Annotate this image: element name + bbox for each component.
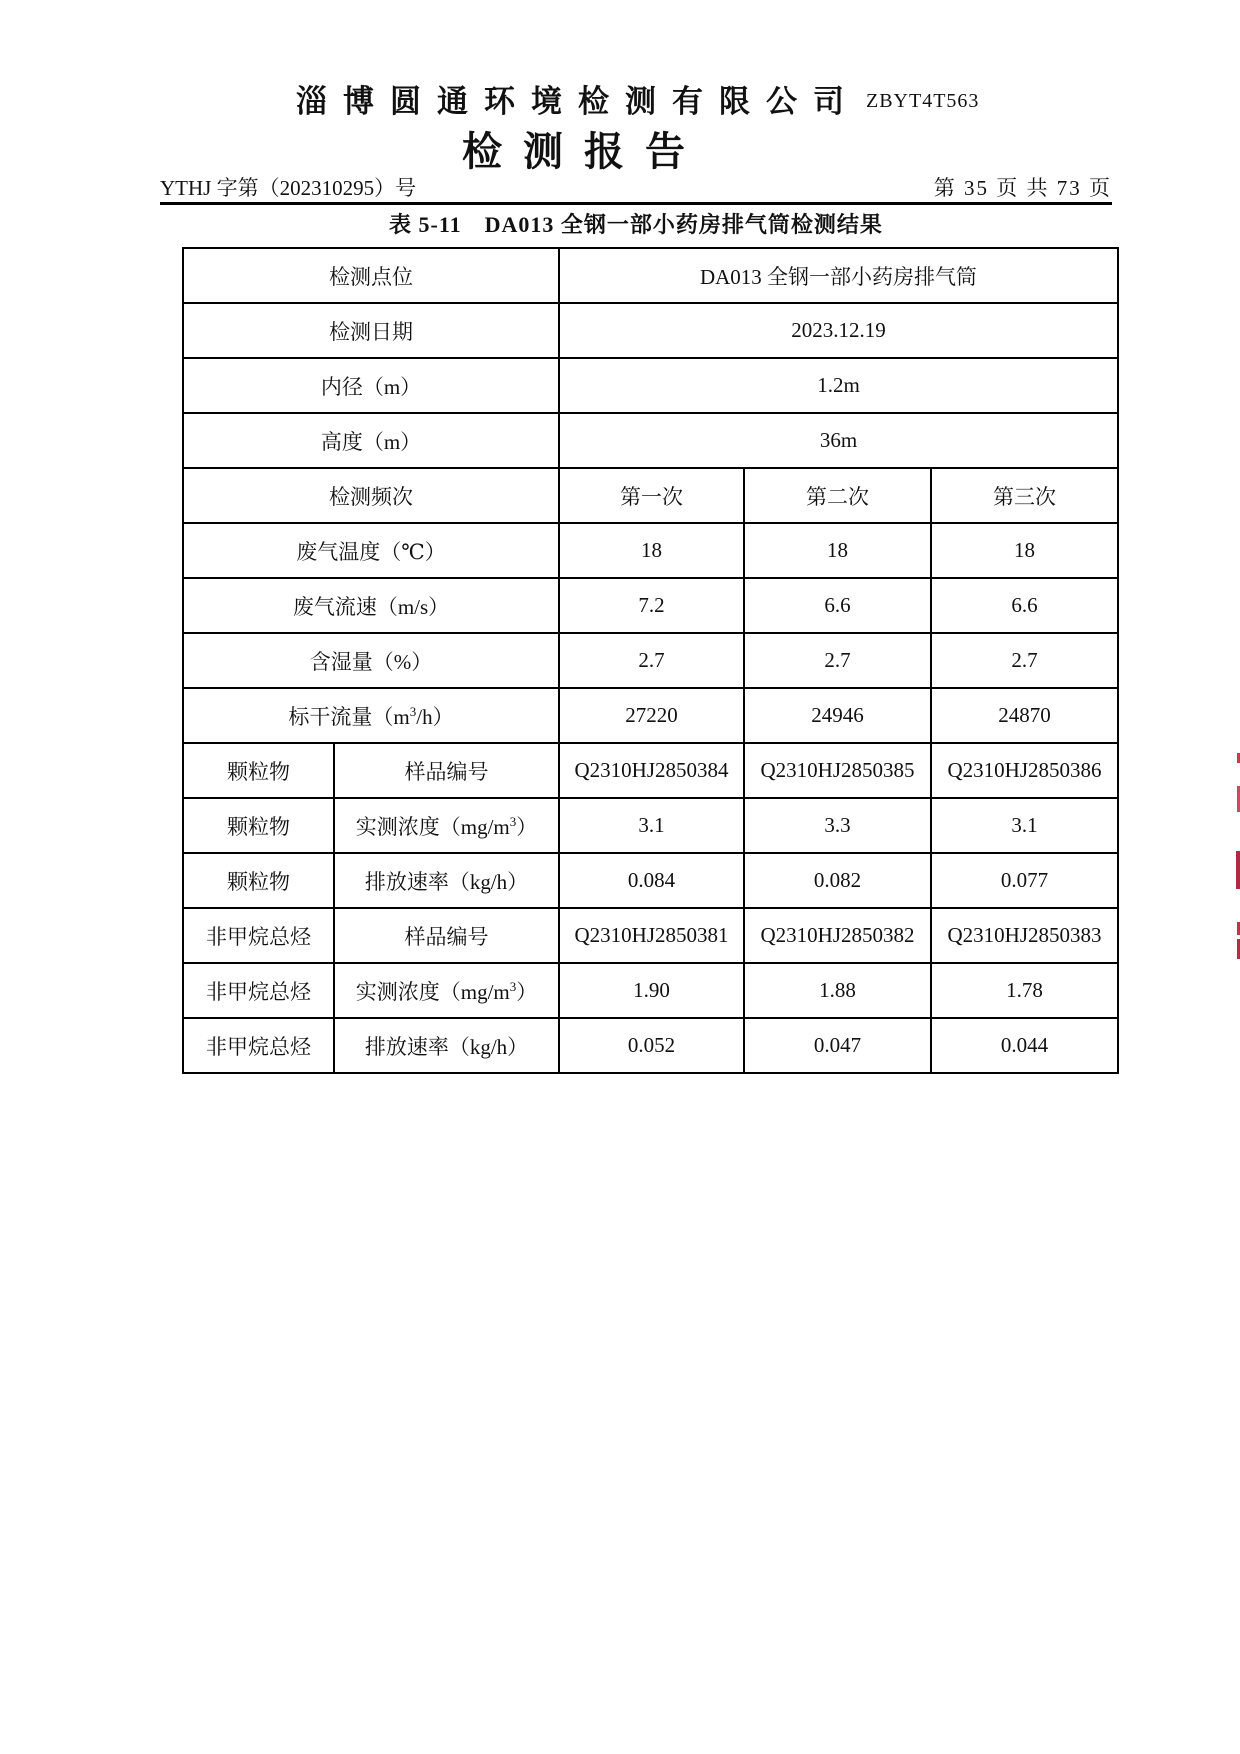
header-divider — [160, 202, 1112, 205]
table-row-nmhc-sample: 非甲烷总烃 样品编号 Q2310HJ2850381 Q2310HJ2850382… — [183, 908, 1118, 963]
table-row-height: 高度（m） 36m — [183, 413, 1118, 468]
cell-param: 样品编号 — [334, 908, 559, 963]
cell-value: Q2310HJ2850381 — [559, 908, 744, 963]
cell-value: 6.6 — [744, 578, 931, 633]
cell-pollutant: 颗粒物 — [183, 743, 334, 798]
cell-value: 27220 — [559, 688, 744, 743]
cell-pollutant: 颗粒物 — [183, 798, 334, 853]
cell-value: 2.7 — [559, 633, 744, 688]
cell-value: 18 — [744, 523, 931, 578]
seal-edge-mark — [1236, 851, 1240, 889]
table-row-pm-concentration: 颗粒物 实测浓度（mg/m3） 3.1 3.3 3.1 — [183, 798, 1118, 853]
cell-label: 内径（m） — [183, 358, 559, 413]
cell-value: 0.052 — [559, 1018, 744, 1073]
table-row-velocity: 废气流速（m/s） 7.2 6.6 6.6 — [183, 578, 1118, 633]
cell-value: 3.1 — [931, 798, 1118, 853]
cell-label: 高度（m） — [183, 413, 559, 468]
cell-value: 1.2m — [559, 358, 1118, 413]
cell-pollutant: 非甲烷总烃 — [183, 908, 334, 963]
cell-value: 0.077 — [931, 853, 1118, 908]
report-title: 检测报告 — [462, 120, 706, 177]
cell-label: 检测日期 — [183, 303, 559, 358]
cell-value: 2.7 — [931, 633, 1118, 688]
cell-value: DA013 全钢一部小药房排气筒 — [559, 248, 1118, 303]
table-row-diameter: 内径（m） 1.2m — [183, 358, 1118, 413]
cell-value: 2.7 — [744, 633, 931, 688]
cell-value: 1.88 — [744, 963, 931, 1018]
cell-value: 24946 — [744, 688, 931, 743]
cell-value: 7.2 — [559, 578, 744, 633]
cell-value: 0.044 — [931, 1018, 1118, 1073]
table-row-temperature: 废气温度（℃） 18 18 18 — [183, 523, 1118, 578]
cell-value: 3.3 — [744, 798, 931, 853]
company-name: 淄博圆通环境检测有限公司 — [296, 76, 860, 121]
cell-pollutant: 非甲烷总烃 — [183, 1018, 334, 1073]
table-row-nmhc-rate: 非甲烷总烃 排放速率（kg/h） 0.052 0.047 0.044 — [183, 1018, 1118, 1073]
results-table: 检测点位 DA013 全钢一部小药房排气筒 检测日期 2023.12.19 内径… — [182, 247, 1119, 1074]
cell-value: 2023.12.19 — [559, 303, 1118, 358]
cell-value: Q2310HJ2850386 — [931, 743, 1118, 798]
cell-label: 检测点位 — [183, 248, 559, 303]
table-row-frequency: 检测频次 第一次 第二次 第三次 — [183, 468, 1118, 523]
cell-pollutant: 颗粒物 — [183, 853, 334, 908]
cell-value: 1.90 — [559, 963, 744, 1018]
cell-label: 标干流量（m3/h） — [183, 688, 559, 743]
cell-value: Q2310HJ2850384 — [559, 743, 744, 798]
cell-value: Q2310HJ2850382 — [744, 908, 931, 963]
cell-freq-3: 第三次 — [931, 468, 1118, 523]
cell-value: 0.082 — [744, 853, 931, 908]
report-code: ZBYT4T563 — [866, 90, 979, 113]
cell-param: 排放速率（kg/h） — [334, 853, 559, 908]
table-row-pm-sample: 颗粒物 样品编号 Q2310HJ2850384 Q2310HJ2850385 Q… — [183, 743, 1118, 798]
cell-param: 实测浓度（mg/m3） — [334, 963, 559, 1018]
cell-value: Q2310HJ2850385 — [744, 743, 931, 798]
cell-value: Q2310HJ2850383 — [931, 908, 1118, 963]
table-row-nmhc-concentration: 非甲烷总烃 实测浓度（mg/m3） 1.90 1.88 1.78 — [183, 963, 1118, 1018]
cell-param: 样品编号 — [334, 743, 559, 798]
cell-param: 实测浓度（mg/m3） — [334, 798, 559, 853]
report-number: YTHJ 字第（202310295）号 — [160, 172, 416, 202]
cell-value: 3.1 — [559, 798, 744, 853]
table-row-pm-rate: 颗粒物 排放速率（kg/h） 0.084 0.082 0.077 — [183, 853, 1118, 908]
cell-value: 24870 — [931, 688, 1118, 743]
cell-label: 含湿量（%） — [183, 633, 559, 688]
cell-label: 废气温度（℃） — [183, 523, 559, 578]
cell-value: 36m — [559, 413, 1118, 468]
cell-label: 检测频次 — [183, 468, 559, 523]
table-row-date: 检测日期 2023.12.19 — [183, 303, 1118, 358]
cell-value: 18 — [931, 523, 1118, 578]
cell-value: 6.6 — [931, 578, 1118, 633]
table-row-moisture: 含湿量（%） 2.7 2.7 2.7 — [183, 633, 1118, 688]
page-indicator: 第 35 页 共 73 页 — [934, 172, 1112, 202]
cell-param: 排放速率（kg/h） — [334, 1018, 559, 1073]
cell-value: 0.084 — [559, 853, 744, 908]
cell-pollutant: 非甲烷总烃 — [183, 963, 334, 1018]
cell-value: 1.78 — [931, 963, 1118, 1018]
table-caption: 表 5-11 DA013 全钢一部小药房排气筒检测结果 — [160, 208, 1112, 239]
report-page: 淄博圆通环境检测有限公司 ZBYT4T563 检测报告 YTHJ 字第（2023… — [0, 0, 1240, 1754]
cell-freq-2: 第二次 — [744, 468, 931, 523]
table-row-flow: 标干流量（m3/h） 27220 24946 24870 — [183, 688, 1118, 743]
cell-value: 0.047 — [744, 1018, 931, 1073]
cell-freq-1: 第一次 — [559, 468, 744, 523]
table-row-point: 检测点位 DA013 全钢一部小药房排气筒 — [183, 248, 1118, 303]
cell-value: 18 — [559, 523, 744, 578]
cell-label: 废气流速（m/s） — [183, 578, 559, 633]
